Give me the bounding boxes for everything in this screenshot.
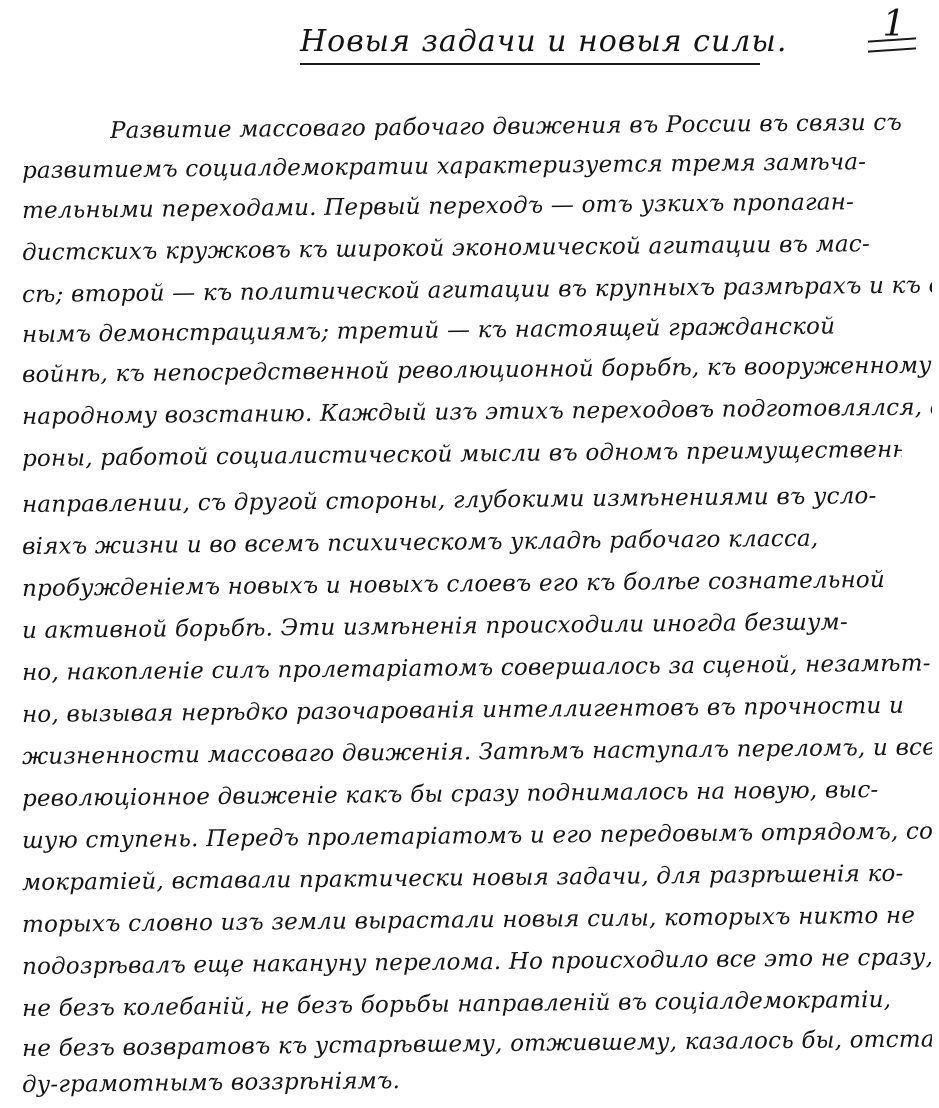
text-line: но, накопленіе силъ пролетаріатомъ совер…: [22, 650, 932, 686]
text-line: ду-грамотнымъ воззрѣніямъ.: [22, 1068, 422, 1098]
text-line: мократіей, вставали практически новыя за…: [22, 860, 932, 896]
text-line: и активной борьбѣ. Эти измѣненія происхо…: [22, 608, 932, 644]
text-line: жизненности массоваго движенія. Затѣмъ н…: [22, 734, 932, 770]
manuscript-page: Новыя задачи и новыя силы. 1 Развитие ма…: [0, 0, 939, 1108]
text-line: тельными переходами. Первый переходъ — о…: [22, 188, 932, 224]
page-number: 1: [868, 4, 920, 51]
text-line: направлении, съ другой стороны, глубоким…: [22, 482, 932, 518]
text-line: войнѣ, къ непосредственной революционной…: [22, 352, 932, 388]
text-line: шую ступень. Передъ пролетаріатомъ и его…: [22, 818, 932, 854]
text-line: развитиемъ социалдемократии характеризуе…: [22, 148, 932, 184]
text-line: революціонное движеніе какъ бы сразу под…: [22, 776, 932, 812]
text-line: сѣ; второй — къ политической агитации въ…: [22, 272, 932, 308]
text-line: но, вызывая нерѣдко разочарованія интелл…: [22, 693, 912, 728]
text-line: роны, работой социалистической мысли въ …: [22, 437, 902, 472]
page-number-double-underline: [868, 37, 916, 52]
page-title: Новыя задачи и новыя силы.: [300, 24, 760, 65]
text-line: пробужденіемъ новыхъ и новыхъ слоевъ его…: [22, 566, 932, 602]
text-line: не безъ возвратовъ къ устарѣвшему, отжив…: [22, 1026, 932, 1062]
text-line: дистскихъ кружковъ къ широкой экономичес…: [22, 230, 932, 266]
text-line: торыхъ словно изъ земли вырастали новыя …: [22, 902, 932, 938]
text-line: Развитие массоваго рабочаго движения въ …: [110, 109, 930, 144]
text-line: не безъ колебаній, не безъ борьбы направ…: [22, 986, 932, 1022]
text-line: нымъ демонстрациямъ; третий — къ настоящ…: [22, 312, 932, 348]
text-line: подозрѣвалъ еще накануну перелома. Но пр…: [22, 944, 932, 980]
text-line: народному возстанию. Каждый изъ этихъ пе…: [22, 394, 932, 430]
text-line: віяхъ жизни и во всемъ психическомъ укла…: [22, 524, 932, 560]
